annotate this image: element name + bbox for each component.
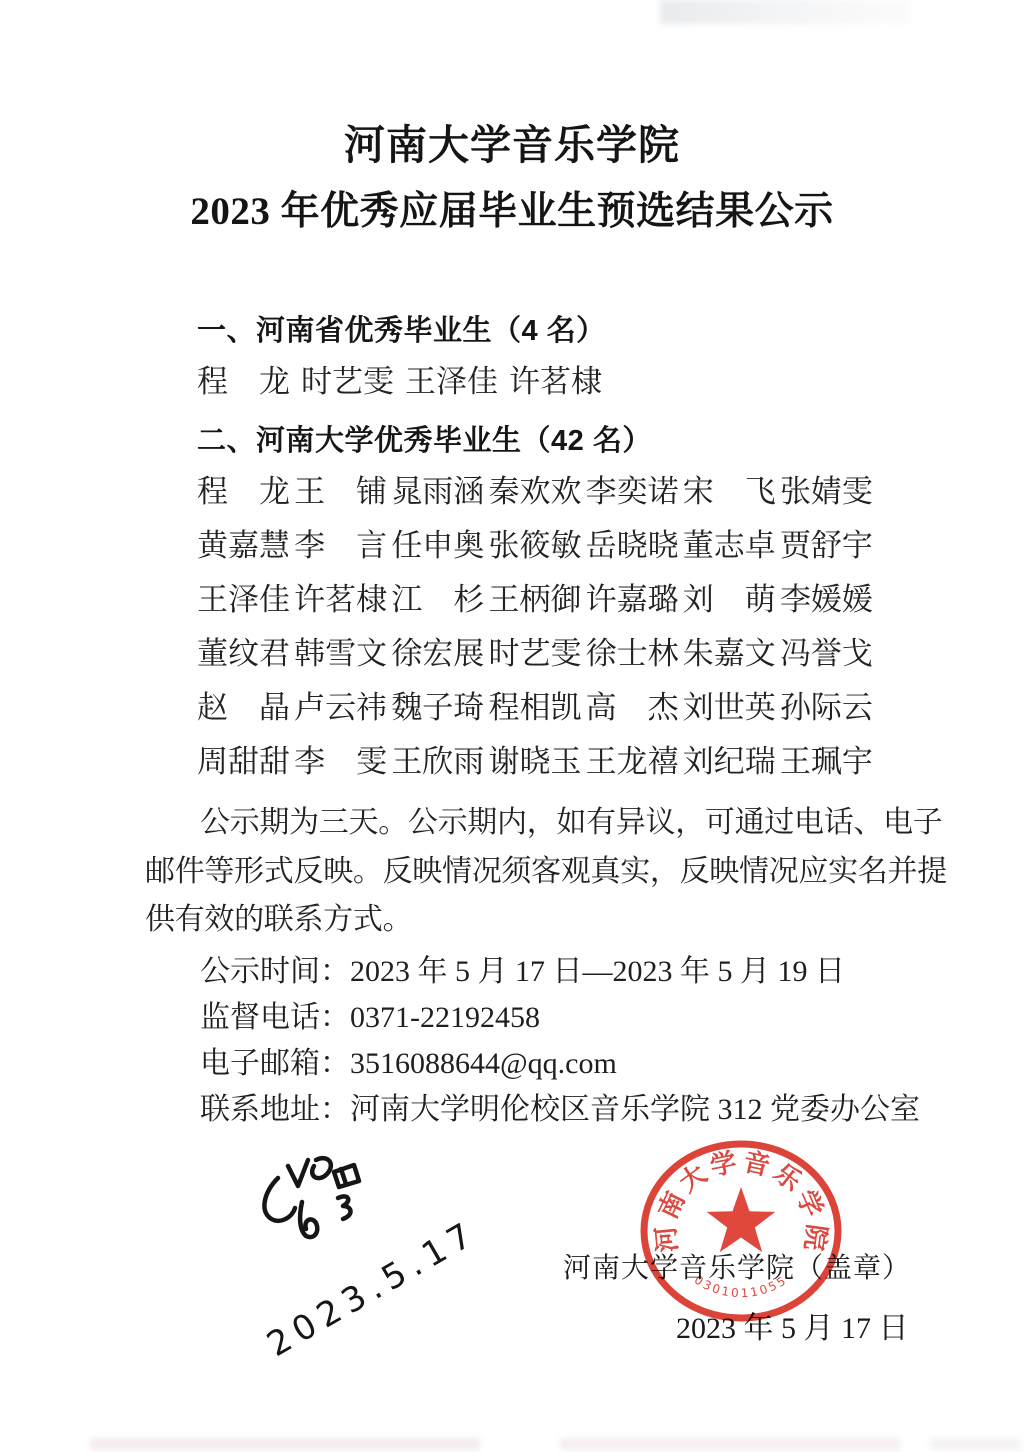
name-cell: 程相凯 bbox=[488, 682, 581, 727]
name-cell: 张筱敏 bbox=[488, 520, 581, 565]
names-row-6: 周甜甜 李 雯 王欣雨 谢晓玉 王龙禧 刘纪瑞 王珮宇 bbox=[197, 736, 873, 781]
name-cell: 魏子琦 bbox=[391, 682, 484, 727]
section1-names-row: 程 龙 时艺雯 王泽佳 许茗棣 bbox=[197, 356, 602, 401]
email-line: 电子邮箱：3516088644@qq.com bbox=[200, 1038, 617, 1082]
names-row-3: 王泽佳 许茗棣 江 杉 王柄御 许嘉璐 刘 萌 李媛媛 bbox=[197, 574, 873, 619]
name-cell: 刘 萌 bbox=[683, 574, 776, 619]
name-cell: 徐宏展 bbox=[391, 628, 484, 673]
names-row-4: 董纹君 韩雪文 徐宏展 时艺雯 徐士林 朱嘉文 冯誉戈 bbox=[197, 628, 873, 673]
name-cell: 程 龙 bbox=[197, 356, 290, 401]
name-cell: 李 雯 bbox=[294, 736, 387, 781]
section1-heading: 一、河南省优秀毕业生（4 名） bbox=[197, 308, 606, 349]
name-cell: 黄嘉慧 bbox=[197, 520, 290, 565]
notice-line-1: 公示期为三天。公示期内，如有异议，可通过电话、电子 bbox=[145, 797, 945, 841]
name-cell: 时艺雯 bbox=[488, 628, 581, 673]
name-cell: 张婧雯 bbox=[780, 466, 873, 511]
name-cell: 朱嘉文 bbox=[683, 628, 776, 673]
name-cell: 李奕诺 bbox=[586, 466, 679, 511]
names-row-5: 赵 晶 卢云祎 魏子琦 程相凯 高 杰 刘世英 孙际云 bbox=[197, 682, 873, 727]
name-cell: 董纹君 bbox=[197, 628, 290, 673]
name-cell: 孙际云 bbox=[780, 682, 873, 727]
name-cell: 徐士林 bbox=[586, 628, 679, 673]
name-cell: 岳晓晓 bbox=[586, 520, 679, 565]
name-cell: 冯誉戈 bbox=[780, 628, 873, 673]
name-cell: 江 杉 bbox=[391, 574, 484, 619]
notice-line-3: 供有效的联系方式。 bbox=[145, 894, 890, 938]
seal-serial-number: 0301011055 bbox=[692, 1273, 790, 1301]
name-cell: 时艺雯 bbox=[301, 356, 394, 401]
name-cell: 程 龙 bbox=[197, 466, 290, 511]
supervision-phone-line: 监督电话：0371-22192458 bbox=[200, 992, 540, 1036]
name-cell: 王欣雨 bbox=[391, 736, 484, 781]
name-cell: 周甜甜 bbox=[197, 736, 290, 781]
name-cell: 许茗棣 bbox=[509, 356, 602, 401]
name-cell: 王泽佳 bbox=[197, 574, 290, 619]
name-cell: 谢晓玉 bbox=[488, 736, 581, 781]
official-seal: 河南大学音乐学院 0301011055 bbox=[611, 1101, 871, 1361]
name-cell: 王龙禧 bbox=[586, 736, 679, 781]
seal-star bbox=[707, 1187, 775, 1252]
name-cell: 许嘉璐 bbox=[586, 574, 679, 619]
name-cell: 任申奥 bbox=[391, 520, 484, 565]
scan-artifact-top bbox=[660, 0, 910, 24]
name-cell: 李媛媛 bbox=[780, 574, 873, 619]
document-title: 河南大学音乐学院 bbox=[0, 112, 1024, 171]
name-cell: 刘纪瑞 bbox=[683, 736, 776, 781]
name-cell: 王 铺 bbox=[294, 466, 387, 511]
publicity-period-line: 公示时间：2023 年 5 月 17 日—2023 年 5 月 19 日 bbox=[200, 946, 845, 990]
name-cell: 王柄御 bbox=[488, 574, 581, 619]
scan-artifact-bottom bbox=[560, 1438, 900, 1450]
names-row-1: 程 龙 王 铺 晁雨涵 秦欢欢 李奕诺 宋 飞 张婧雯 bbox=[197, 466, 873, 511]
document-subtitle: 2023 年优秀应届毕业生预选结果公示 bbox=[0, 180, 1024, 236]
name-cell: 董志卓 bbox=[683, 520, 776, 565]
name-cell: 韩雪文 bbox=[294, 628, 387, 673]
name-cell: 宋 飞 bbox=[683, 466, 776, 511]
notice-line-2: 邮件等形式反映。反映情况须客观真实，反映情况应实名并提 bbox=[145, 846, 890, 890]
name-cell: 刘世英 bbox=[683, 682, 776, 727]
name-cell: 秦欢欢 bbox=[488, 466, 581, 511]
section2-heading: 二、河南大学优秀毕业生（42 名） bbox=[197, 418, 652, 459]
name-cell: 李 言 bbox=[294, 520, 387, 565]
name-cell: 高 杰 bbox=[586, 682, 679, 727]
name-cell: 卢云祎 bbox=[294, 682, 387, 727]
handwritten-signature bbox=[248, 1148, 388, 1268]
svg-text:0301011055: 0301011055 bbox=[692, 1273, 790, 1301]
scan-artifact-bottom bbox=[90, 1438, 480, 1450]
document-page: 河南大学音乐学院 2023 年优秀应届毕业生预选结果公示 一、河南省优秀毕业生（… bbox=[0, 0, 1024, 1452]
names-row-2: 黄嘉慧 李 言 任申奥 张筱敏 岳晓晓 董志卓 贾舒宇 bbox=[197, 520, 873, 565]
name-cell: 晁雨涵 bbox=[391, 466, 484, 511]
name-cell: 王珮宇 bbox=[780, 736, 873, 781]
scan-artifact-bottom bbox=[930, 1438, 1020, 1450]
name-cell: 王泽佳 bbox=[405, 356, 498, 401]
name-cell: 许茗棣 bbox=[294, 574, 387, 619]
name-cell: 赵 晶 bbox=[197, 682, 290, 727]
name-cell: 贾舒宇 bbox=[780, 520, 873, 565]
